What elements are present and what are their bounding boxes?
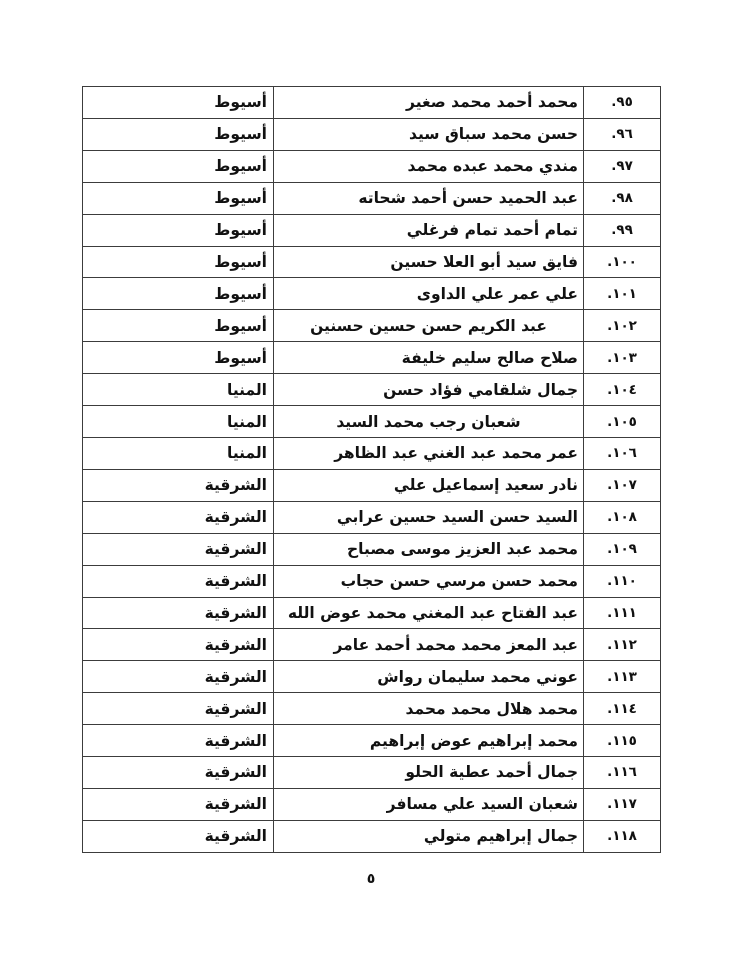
- governorate-cell: المنيا: [83, 406, 274, 438]
- name-cell: جمال أحمد عطية الحلو: [274, 757, 584, 789]
- name-cell: عوني محمد سليمان رواش: [274, 661, 584, 693]
- table-row: ٩٦.حسن محمد سباق سيدأسيوط: [83, 118, 661, 150]
- name-cell: محمد هلال محمد محمد: [274, 693, 584, 725]
- governorate-cell: الشرقية: [83, 661, 274, 693]
- governorate-cell: الشرقية: [83, 629, 274, 661]
- governorate-cell: أسيوط: [83, 310, 274, 342]
- name-cell: حسن محمد سباق سيد: [274, 118, 584, 150]
- table-row: ١٠٨.السيد حسن السيد حسين عرابيالشرقية: [83, 501, 661, 533]
- page-number: ٥: [82, 871, 660, 887]
- governorate-cell: أسيوط: [83, 246, 274, 278]
- table-row: ١٠٧.نادر سعيد إسماعيل عليالشرقية: [83, 469, 661, 501]
- governorate-cell: الشرقية: [83, 597, 274, 629]
- name-cell: فايق سيد أبو العلا حسين: [274, 246, 584, 278]
- governorate-cell: المنيا: [83, 437, 274, 469]
- document-page: ٩٥.محمد أحمد محمد صغيرأسيوط٩٦.حسن محمد س…: [0, 0, 742, 960]
- row-number-cell: ١٠٠.: [584, 246, 661, 278]
- row-number-cell: ٩٨.: [584, 182, 661, 214]
- governorate-cell: الشرقية: [83, 725, 274, 757]
- governorate-cell: المنيا: [83, 374, 274, 406]
- governorate-cell: أسيوط: [83, 278, 274, 310]
- table-row: ١١٠.محمد حسن مرسي حسن حجابالشرقية: [83, 565, 661, 597]
- table-row: ٩٥.محمد أحمد محمد صغيرأسيوط: [83, 87, 661, 119]
- governorate-cell: الشرقية: [83, 501, 274, 533]
- table-row: ٩٧.مندي محمد عبده محمدأسيوط: [83, 150, 661, 182]
- row-number-cell: ١١١.: [584, 597, 661, 629]
- roster-body: ٩٥.محمد أحمد محمد صغيرأسيوط٩٦.حسن محمد س…: [83, 87, 661, 853]
- name-cell: محمد عبد العزيز موسى مصباح: [274, 533, 584, 565]
- row-number-cell: ١٠٥.: [584, 406, 661, 438]
- name-cell: عبد المعز محمد محمد أحمد عامر: [274, 629, 584, 661]
- row-number-cell: ١٠٤.: [584, 374, 661, 406]
- row-number-cell: ١٠٣.: [584, 342, 661, 374]
- name-cell: عمر محمد عبد الغني عبد الظاهر: [274, 437, 584, 469]
- row-number-cell: ١١٣.: [584, 661, 661, 693]
- table-row: ١٠١.علي عمر علي الداوىأسيوط: [83, 278, 661, 310]
- row-number-cell: ٩٩.: [584, 214, 661, 246]
- governorate-cell: أسيوط: [83, 87, 274, 119]
- table-row: ١١٨.جمال إبراهيم متوليالشرقية: [83, 820, 661, 852]
- table-row: ١٠٦.عمر محمد عبد الغني عبد الظاهرالمنيا: [83, 437, 661, 469]
- table-row: ١١١.عبد الفتاح عبد المغني محمد عوض اللها…: [83, 597, 661, 629]
- name-cell: صلاح صالح سليم خليفة: [274, 342, 584, 374]
- row-number-cell: ٩٦.: [584, 118, 661, 150]
- governorate-cell: أسيوط: [83, 150, 274, 182]
- row-number-cell: ١١٦.: [584, 757, 661, 789]
- name-cell: شعبان رجب محمد السيد: [274, 406, 584, 438]
- table-row: ٩٩.تمام أحمد تمام فرغليأسيوط: [83, 214, 661, 246]
- row-number-cell: ١٠١.: [584, 278, 661, 310]
- name-cell: علي عمر علي الداوى: [274, 278, 584, 310]
- governorate-cell: الشرقية: [83, 469, 274, 501]
- table-row: ١١٤.محمد هلال محمد محمدالشرقية: [83, 693, 661, 725]
- name-cell: مندي محمد عبده محمد: [274, 150, 584, 182]
- name-cell: شعبان السيد علي مسافر: [274, 788, 584, 820]
- table-row: ٩٨.عبد الحميد حسن أحمد شحاتهأسيوط: [83, 182, 661, 214]
- name-cell: نادر سعيد إسماعيل علي: [274, 469, 584, 501]
- governorate-cell: الشرقية: [83, 788, 274, 820]
- row-number-cell: ١١٠.: [584, 565, 661, 597]
- table-row: ١١٧.شعبان السيد علي مسافرالشرقية: [83, 788, 661, 820]
- table-row: ١٠٩.محمد عبد العزيز موسى مصباحالشرقية: [83, 533, 661, 565]
- governorate-cell: الشرقية: [83, 533, 274, 565]
- name-cell: جمال إبراهيم متولي: [274, 820, 584, 852]
- name-cell: محمد إبراهيم عوض إبراهيم: [274, 725, 584, 757]
- name-cell: عبد الحميد حسن أحمد شحاته: [274, 182, 584, 214]
- governorate-cell: أسيوط: [83, 118, 274, 150]
- name-cell: عبد الفتاح عبد المغني محمد عوض الله: [274, 597, 584, 629]
- table-row: ١١٣.عوني محمد سليمان رواشالشرقية: [83, 661, 661, 693]
- name-cell: محمد حسن مرسي حسن حجاب: [274, 565, 584, 597]
- name-cell: السيد حسن السيد حسين عرابي: [274, 501, 584, 533]
- governorate-cell: الشرقية: [83, 820, 274, 852]
- governorate-cell: الشرقية: [83, 565, 274, 597]
- row-number-cell: ١١٧.: [584, 788, 661, 820]
- table-row: ١١٢.عبد المعز محمد محمد أحمد عامرالشرقية: [83, 629, 661, 661]
- name-cell: تمام أحمد تمام فرغلي: [274, 214, 584, 246]
- roster-table: ٩٥.محمد أحمد محمد صغيرأسيوط٩٦.حسن محمد س…: [82, 86, 661, 853]
- name-cell: عبد الكريم حسن حسين حسنين: [274, 310, 584, 342]
- row-number-cell: ١٠٧.: [584, 469, 661, 501]
- table-row: ١٠٥.شعبان رجب محمد السيدالمنيا: [83, 406, 661, 438]
- row-number-cell: ١٠٢.: [584, 310, 661, 342]
- table-row: ١٠٠.فايق سيد أبو العلا حسينأسيوط: [83, 246, 661, 278]
- row-number-cell: ٩٥.: [584, 87, 661, 119]
- table-row: ١٠٤.جمال شلقامي فؤاد حسنالمنيا: [83, 374, 661, 406]
- row-number-cell: ١١٨.: [584, 820, 661, 852]
- governorate-cell: الشرقية: [83, 693, 274, 725]
- row-number-cell: ١١٥.: [584, 725, 661, 757]
- governorate-cell: أسيوط: [83, 214, 274, 246]
- row-number-cell: ١١٤.: [584, 693, 661, 725]
- name-cell: جمال شلقامي فؤاد حسن: [274, 374, 584, 406]
- governorate-cell: أسيوط: [83, 182, 274, 214]
- row-number-cell: ١٠٩.: [584, 533, 661, 565]
- governorate-cell: أسيوط: [83, 342, 274, 374]
- table-row: ١١٥.محمد إبراهيم عوض إبراهيمالشرقية: [83, 725, 661, 757]
- row-number-cell: ١٠٦.: [584, 437, 661, 469]
- governorate-cell: الشرقية: [83, 757, 274, 789]
- name-cell: محمد أحمد محمد صغير: [274, 87, 584, 119]
- row-number-cell: ٩٧.: [584, 150, 661, 182]
- table-row: ١١٦.جمال أحمد عطية الحلوالشرقية: [83, 757, 661, 789]
- table-row: ١٠٣.صلاح صالح سليم خليفةأسيوط: [83, 342, 661, 374]
- row-number-cell: ١١٢.: [584, 629, 661, 661]
- table-row: ١٠٢.عبد الكريم حسن حسين حسنينأسيوط: [83, 310, 661, 342]
- row-number-cell: ١٠٨.: [584, 501, 661, 533]
